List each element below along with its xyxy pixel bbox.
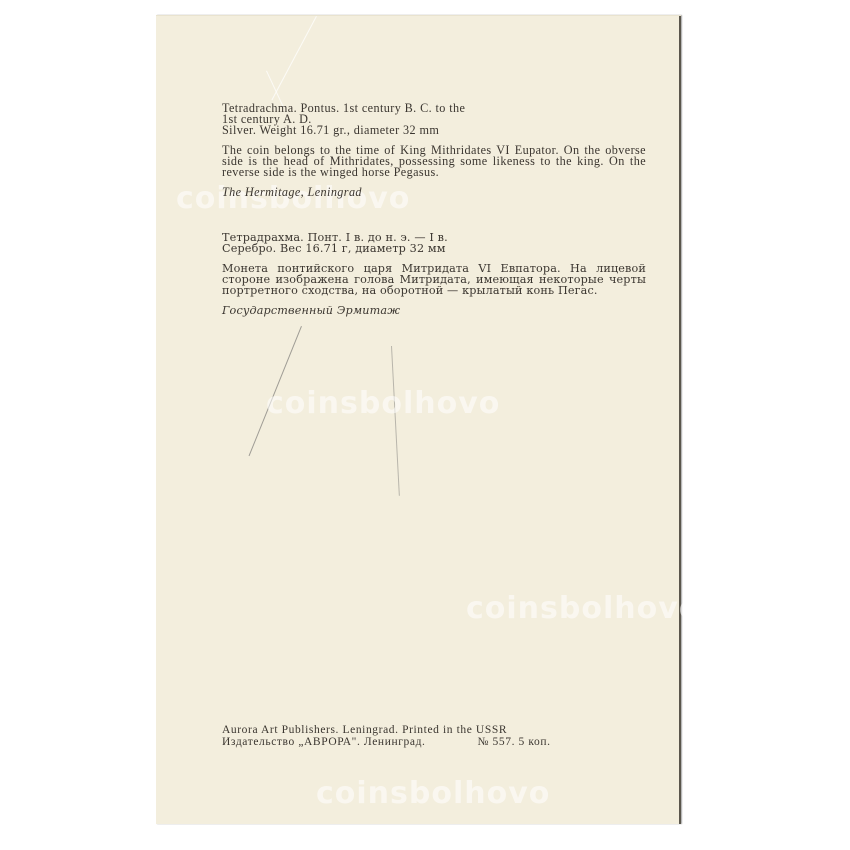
watermark: coinsbolhovo [466, 591, 700, 626]
publisher-name-russian: Издательство „АВРОРА". Ленинград. [222, 736, 426, 748]
publisher-line-english: Aurora Art Publishers. Leningrad. Printe… [222, 724, 551, 736]
publisher-line-russian: Издательство „АВРОРА". Ленинград.№ 557. … [222, 736, 551, 748]
paper-crease [271, 16, 316, 100]
english-section: Tetradrachma. Pontus. 1st century B. C. … [222, 103, 646, 198]
publisher-footer: Aurora Art Publishers. Leningrad. Printe… [222, 724, 551, 748]
english-museum: The Hermitage, Leningrad [222, 187, 646, 198]
russian-description: Монета понтийского царя Митридата VI Евп… [222, 263, 646, 296]
postcard-back: coinsbolhovo coinsbolhovo coinsbolhovo c… [156, 15, 681, 824]
russian-museum: Государственный Эрмитаж [222, 305, 646, 316]
russian-section: Тетрадрахма. Понт. I в. до н. э. — I в. … [222, 232, 646, 316]
card-number-price: № 557. 5 коп. [478, 736, 551, 748]
watermark: coinsbolhovo [266, 386, 500, 421]
watermark: coinsbolhovo [316, 776, 550, 811]
english-description: The coin belongs to the time of King Mit… [222, 145, 646, 178]
english-title-line: Silver. Weight 16.71 gr., diameter 32 mm [222, 125, 646, 136]
russian-title-line: Серебро. Вес 16.71 г, диаметр 32 мм [222, 243, 646, 254]
